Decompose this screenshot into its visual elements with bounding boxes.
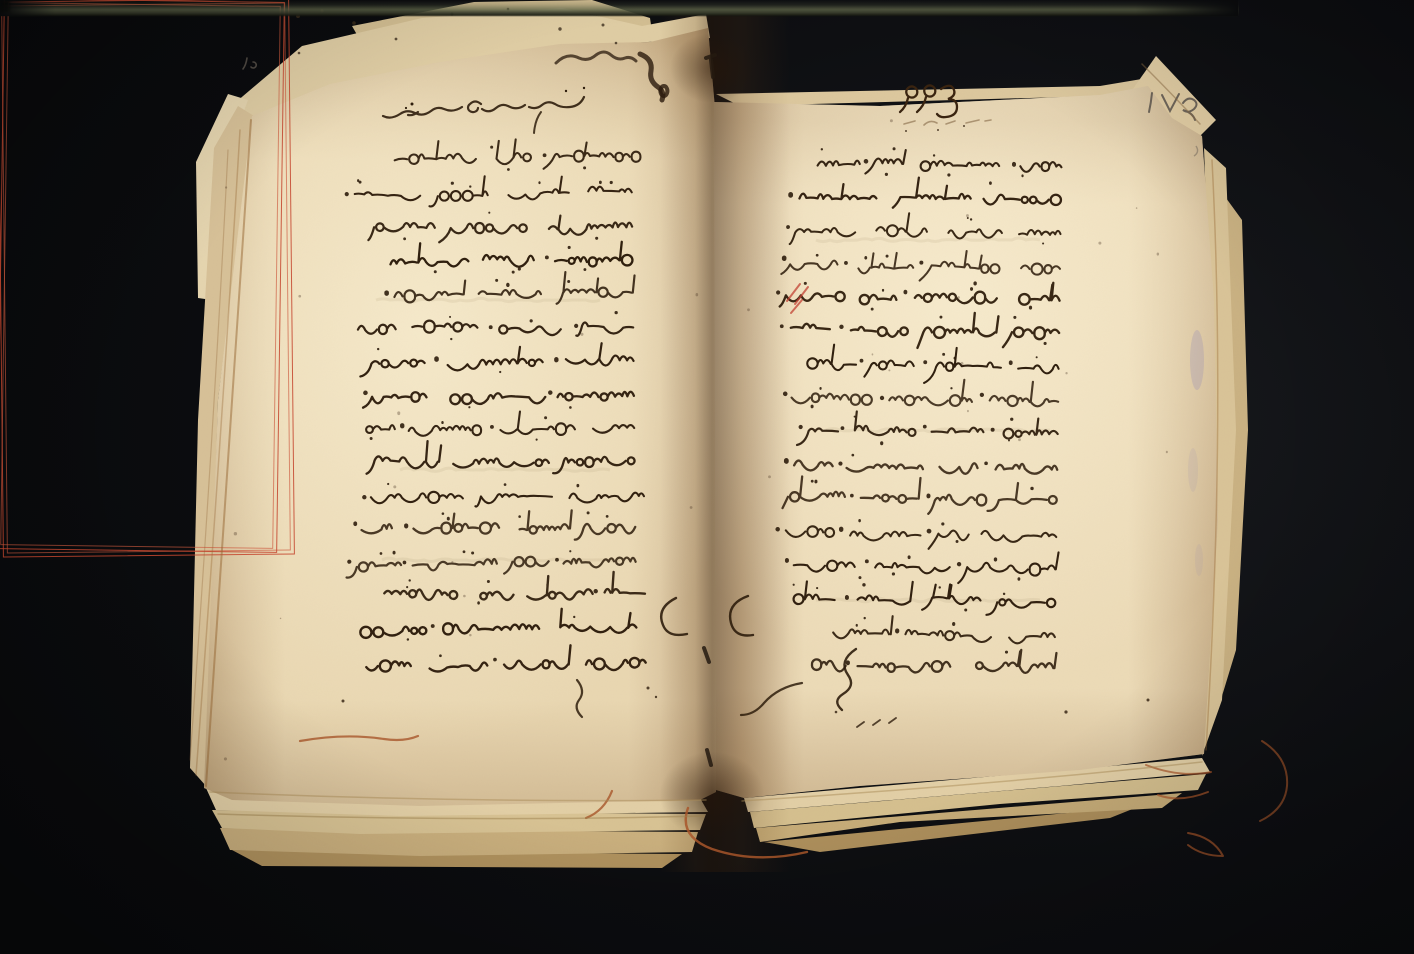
manuscript-photo	[0, 0, 1414, 954]
light-bar-seam	[0, 0, 10, 12]
frame-inner-rule	[0, 2, 281, 549]
right-text-frame	[0, 0, 285, 553]
light-bar-fade	[0, 0, 1238, 16]
